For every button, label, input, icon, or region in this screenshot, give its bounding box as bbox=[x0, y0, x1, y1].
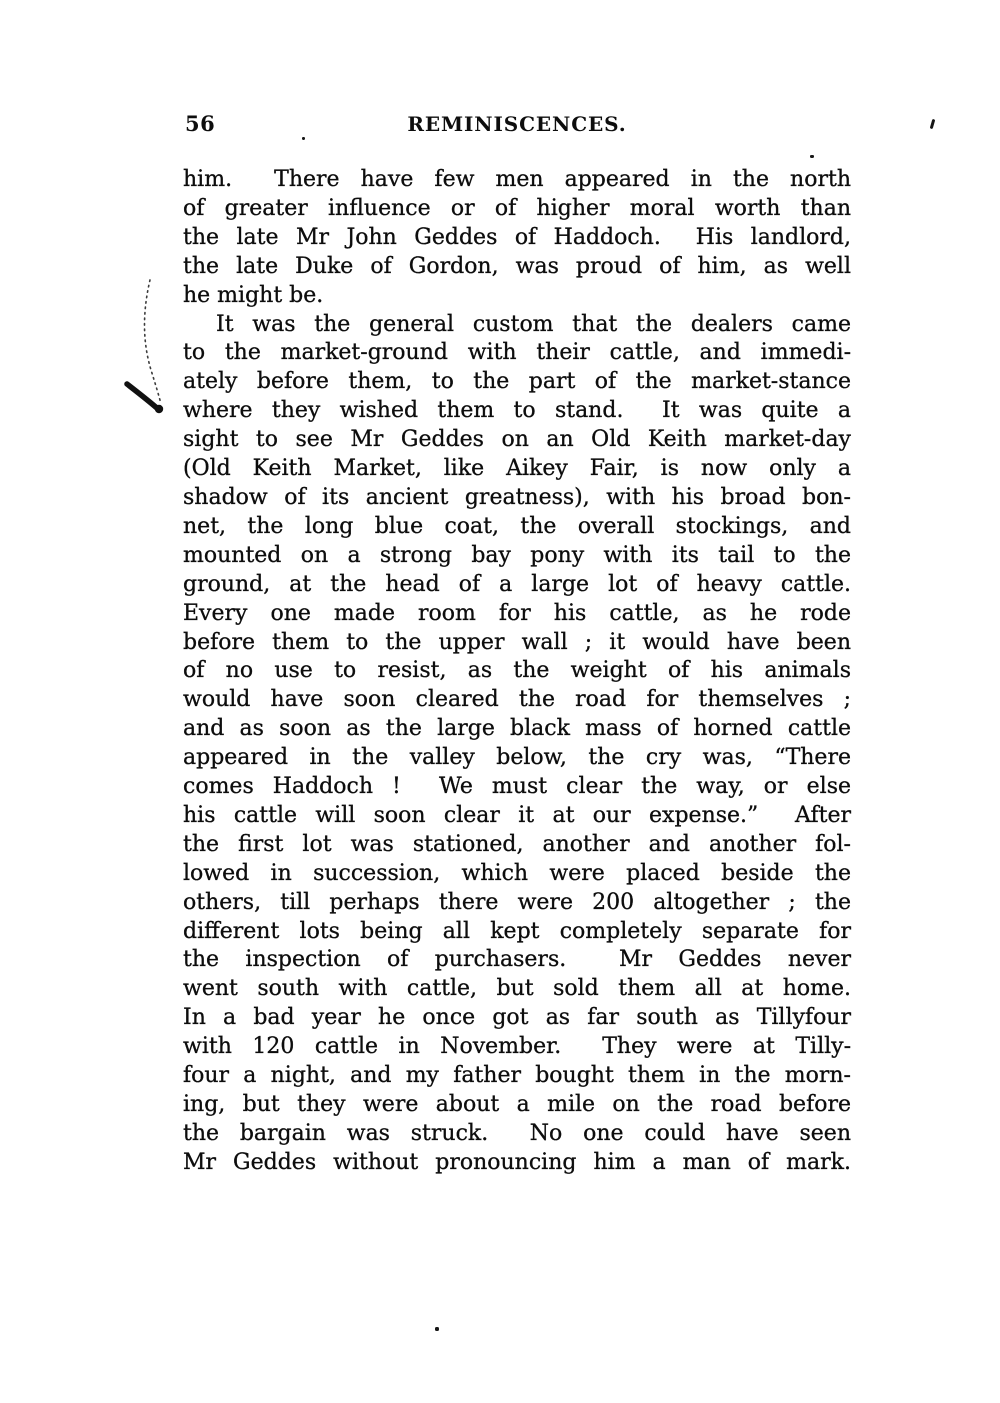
text-line: his cattle will soon clear it at our exp… bbox=[183, 802, 851, 831]
body-text: him. There have few men appeared in the … bbox=[183, 166, 851, 1178]
text-line: the late Duke of Gordon, was proud of hi… bbox=[183, 253, 851, 282]
text-line: ately before them, to the part of the ma… bbox=[183, 368, 851, 397]
margin-pen-mark-icon bbox=[112, 272, 176, 432]
text-line: different lots being all kept completely… bbox=[183, 918, 851, 947]
text-line: others, till perhaps there were 200 alto… bbox=[183, 889, 851, 918]
text-line: lowed in succession, which were placed b… bbox=[183, 860, 851, 889]
text-line: appeared in the valley below, the cry wa… bbox=[183, 744, 851, 773]
text-line: to the market-ground with their cattle, … bbox=[183, 339, 851, 368]
text-line: four a night, and my father bought them … bbox=[183, 1062, 851, 1091]
scan-speck bbox=[435, 1327, 439, 1331]
text-line: It was the general custom that the deale… bbox=[183, 311, 851, 340]
scan-speck bbox=[930, 119, 936, 129]
text-line: went south with cattle, but sold them al… bbox=[183, 975, 851, 1004]
text-line: In a bad year he once got as far south a… bbox=[183, 1004, 851, 1033]
text-line: net, the long blue coat, the overall sto… bbox=[183, 513, 851, 542]
text-line: the first lot was stationed, another and… bbox=[183, 831, 851, 860]
text-line: of greater influence or of higher moral … bbox=[183, 195, 851, 224]
text-line: shadow of its ancient greatness), with h… bbox=[183, 484, 851, 513]
text-line: comes Haddoch ! We must clear the way, o… bbox=[183, 773, 851, 802]
text-line: ing, but they were about a mile on the r… bbox=[183, 1091, 851, 1120]
text-line: of no use to resist, as the weight of hi… bbox=[183, 657, 851, 686]
text-line: would have soon cleared the road for the… bbox=[183, 686, 851, 715]
text-line: he might be. bbox=[183, 282, 851, 311]
text-line: ground, at the head of a large lot of he… bbox=[183, 571, 851, 600]
text-line: him. There have few men appeared in the … bbox=[183, 166, 851, 195]
text-line: Every one made room for his cattle, as h… bbox=[183, 600, 851, 629]
text-line: where they wished them to stand. It was … bbox=[183, 397, 851, 426]
book-page: 56 REMINISCENCES. him. There have few me… bbox=[0, 0, 1000, 1403]
text-line: mounted on a strong bay pony with its ta… bbox=[183, 542, 851, 571]
text-line: with 120 cattle in November. They were a… bbox=[183, 1033, 851, 1062]
scan-speck bbox=[302, 137, 305, 140]
running-header: REMINISCENCES. bbox=[183, 112, 851, 136]
text-line: the late Mr John Geddes of Haddoch. His … bbox=[183, 224, 851, 253]
text-line: before them to the upper wall ; it would… bbox=[183, 629, 851, 658]
scan-speck bbox=[810, 155, 814, 158]
text-line: and as soon as the large black mass of h… bbox=[183, 715, 851, 744]
text-line: (Old Keith Market, like Aikey Fair, is n… bbox=[183, 455, 851, 484]
text-line: the bargain was struck. No one could hav… bbox=[183, 1120, 851, 1149]
text-line: sight to see Mr Geddes on an Old Keith m… bbox=[183, 426, 851, 455]
text-line: Mr Geddes without pronouncing him a man … bbox=[183, 1149, 851, 1178]
text-line: the inspection of purchasers. Mr Geddes … bbox=[183, 946, 851, 975]
